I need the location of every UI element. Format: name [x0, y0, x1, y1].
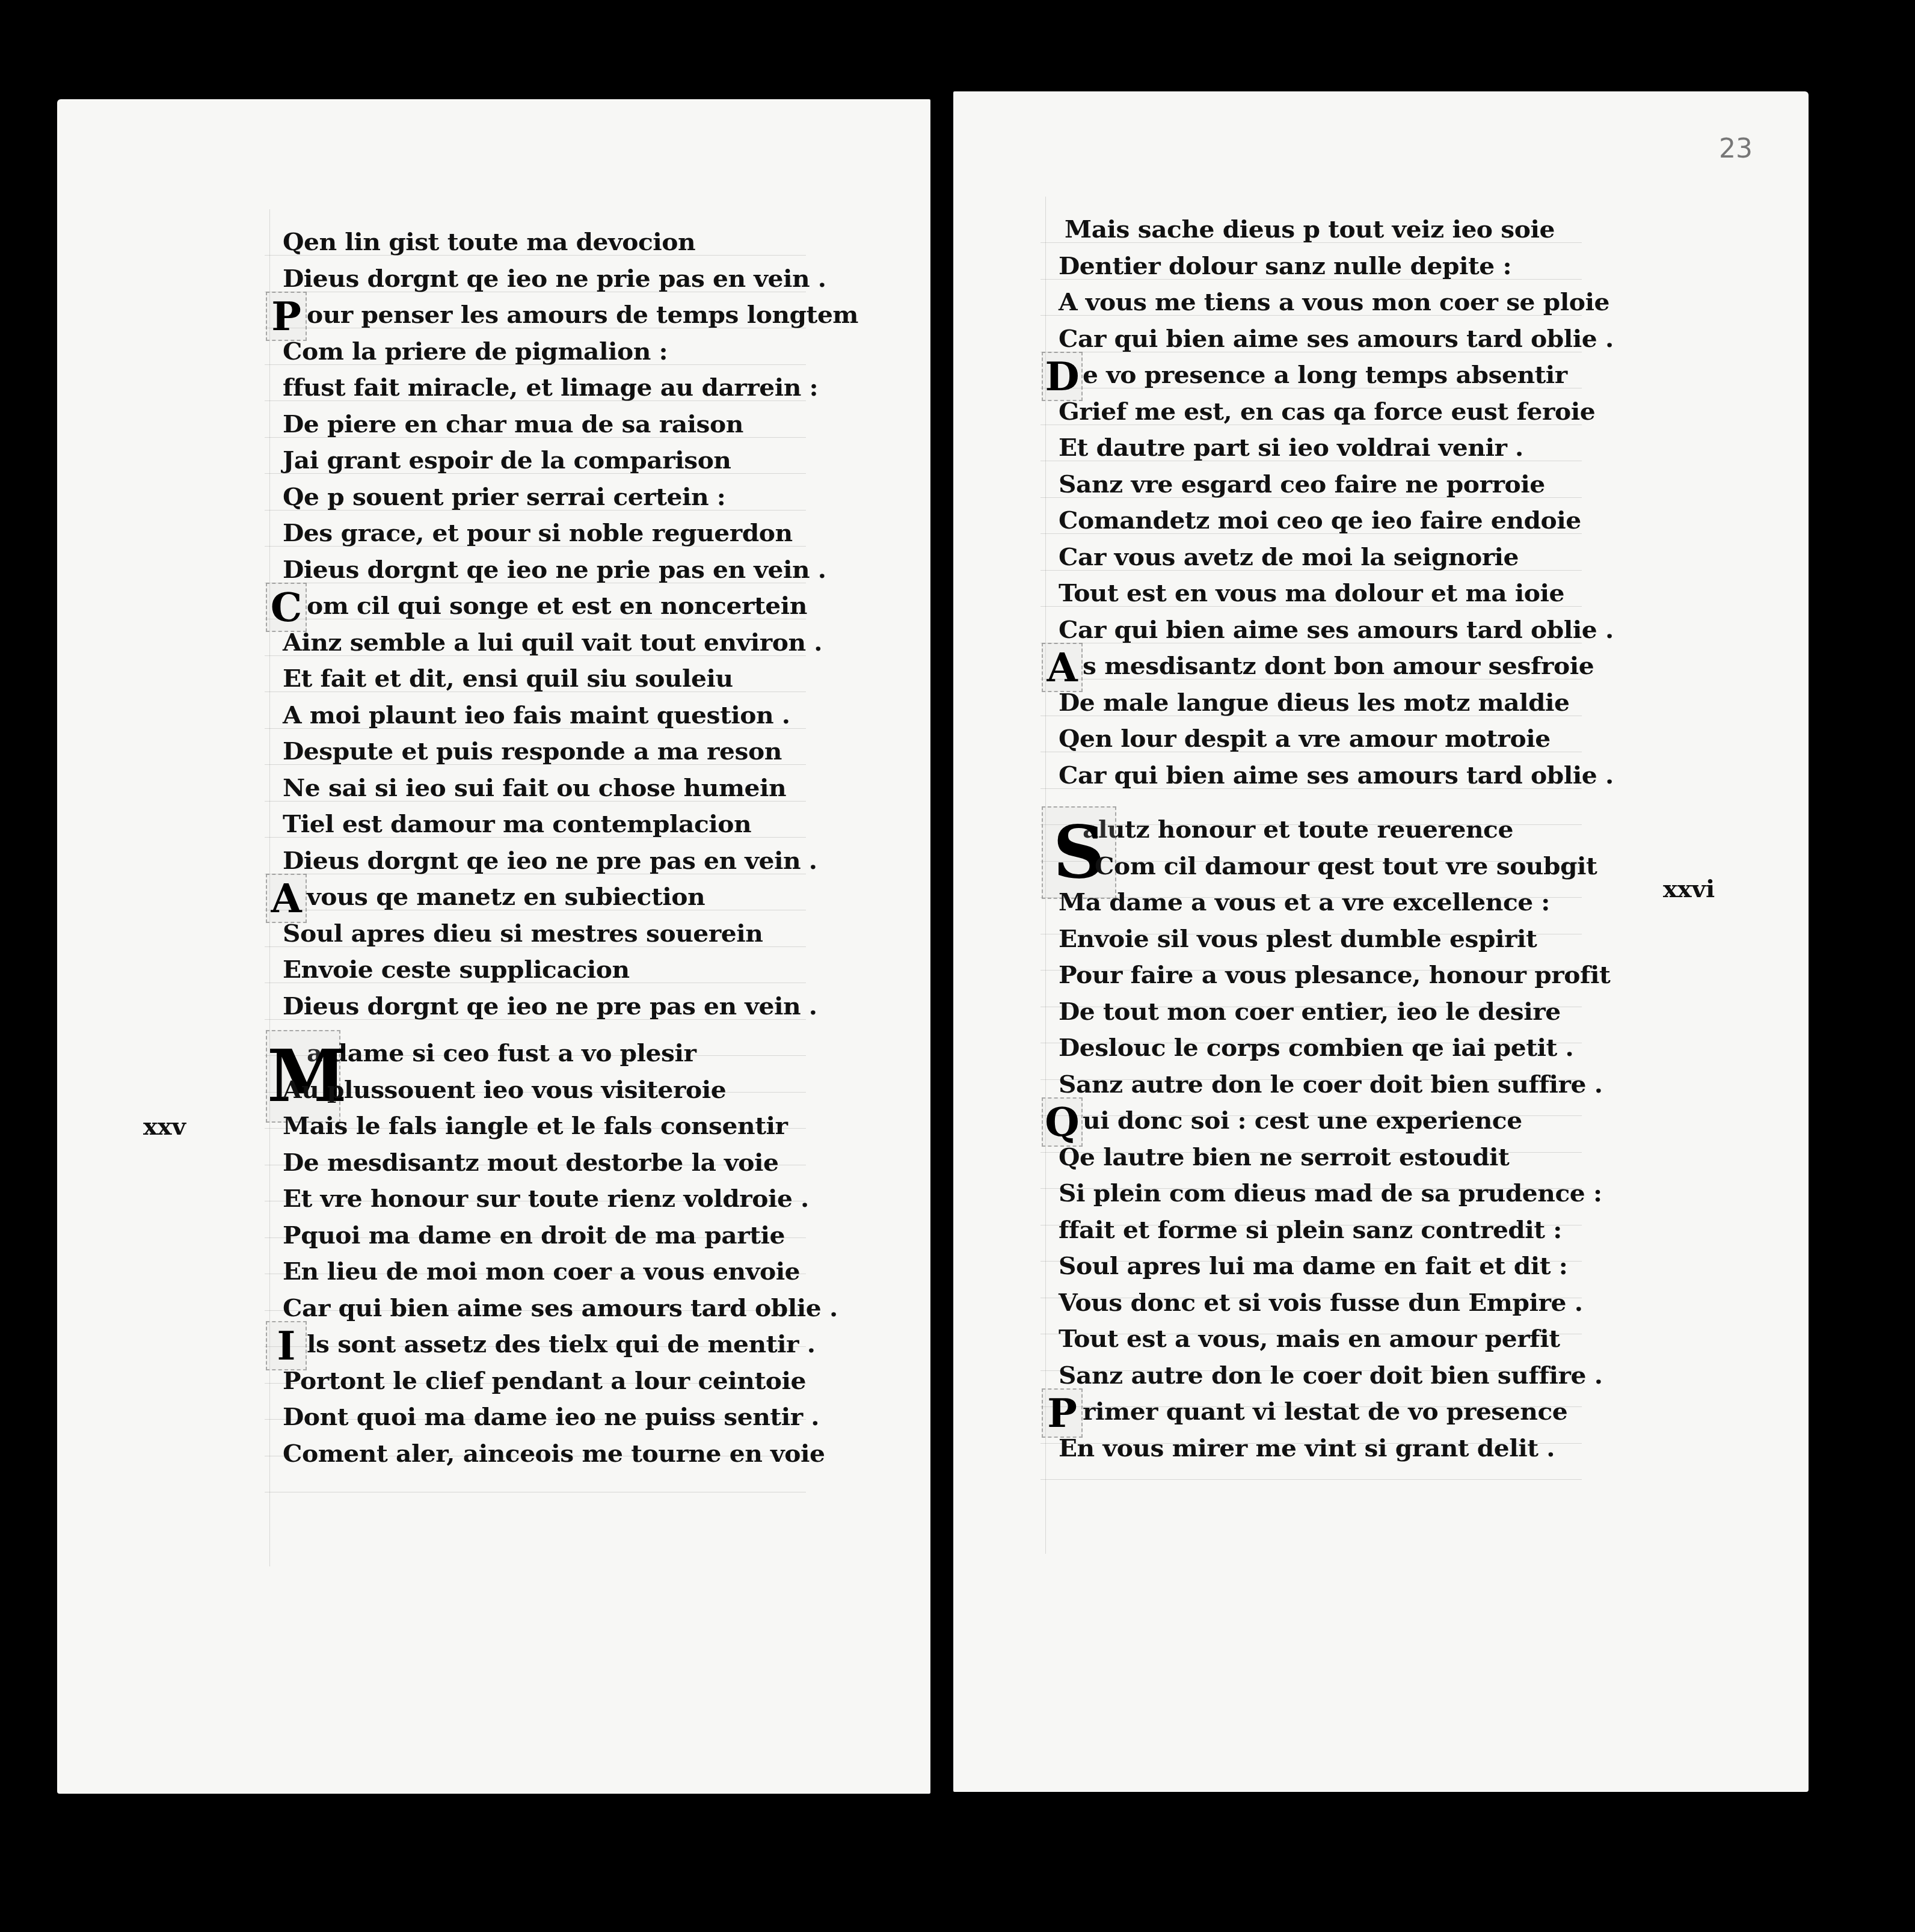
manuscript-line: De mesdisantz mout destorbe la voie — [283, 1148, 778, 1178]
manuscript-line: De piere en char mua de sa raison — [283, 409, 743, 440]
manuscript-line: Pquoi ma dame en droit de ma partie — [283, 1221, 785, 1251]
decorated-initial: P — [1042, 1388, 1083, 1438]
manuscript-line: Qe p souent prier serrai certein : — [283, 482, 725, 512]
manuscript-line: Deslouc le corps combien qe iai petit . — [1059, 1033, 1573, 1063]
manuscript-line: Soul apres dieu si mestres souerein — [283, 919, 763, 949]
manuscript-line: Vous donc et si vois fusse dun Empire . — [1059, 1288, 1582, 1318]
decorated-initial: D — [1042, 352, 1083, 401]
manuscript-line: our penser les amours de temps longtem — [307, 300, 858, 330]
manuscript-line: A vous me tiens a vous mon coer se ploie — [1059, 287, 1609, 317]
manuscript-line: ui donc soi : cest une experience — [1083, 1106, 1522, 1136]
margin-numeral-right: xxvi — [1663, 875, 1715, 903]
manuscript-line: Envoie ceste supplicacion — [283, 955, 630, 985]
manuscript-line: a dame si ceo fust a vo plesir — [307, 1038, 696, 1069]
manuscript-line: ffust fait miracle, et limage au darrein… — [283, 373, 818, 403]
manuscript-line: Qen lin gist toute ma devocion — [283, 227, 695, 257]
manuscript-line: Dieus dorgnt qe ieo ne prie pas en vein … — [283, 555, 826, 585]
manuscript-line: Comandetz moi ceo qe ieo faire endoie — [1059, 506, 1581, 536]
manuscript-line: Pour faire a vous plesance, honour profi… — [1059, 960, 1610, 990]
manuscript-line: Ma dame a vous et a vre excellence : — [1059, 888, 1550, 918]
manuscript-line: Tout est en vous ma dolour et ma ioie — [1059, 578, 1564, 609]
manuscript-line: ls sont assetz des tielx qui de mentir . — [307, 1329, 815, 1360]
manuscript-line: Qe lautre bien ne serroit estoudit — [1059, 1142, 1509, 1173]
margin-numeral-left: xxv — [143, 1112, 186, 1141]
manuscript-line: Grief me est, en cas qa force eust feroi… — [1059, 397, 1595, 427]
manuscript-line: Mais sache dieus p tout veiz ieo soie — [1065, 215, 1555, 245]
manuscript-line: Et fait et dit, ensi quil siu souleiu — [283, 664, 733, 694]
manuscript-line: Car qui bien aime ses amours tard oblie … — [1059, 324, 1614, 354]
manuscript-line: vous qe manetz en subiection — [307, 882, 705, 912]
manuscript-line: Envoie sil vous plest dumble espirit — [1059, 924, 1537, 954]
manuscript-line: Dieus dorgnt qe ieo ne pre pas en vein . — [283, 992, 817, 1022]
ruling-line — [1040, 1479, 1582, 1480]
manuscript-line: Com cil damour qest tout vre soubgit — [1095, 851, 1597, 882]
manuscript-line: Com la priere de pigmalion : — [283, 337, 668, 367]
manuscript-line: Car qui bien aime ses amours tard oblie … — [283, 1293, 838, 1323]
folio-number: 23 — [1719, 133, 1753, 164]
decorated-initial: A — [1042, 643, 1083, 692]
decorated-initial: P — [266, 292, 307, 341]
manuscript-line: Ainz semble a lui quil vait tout environ… — [283, 628, 822, 658]
manuscript-line: A moi plaunt ieo fais maint question . — [283, 701, 790, 731]
manuscript-line: De tout mon coer entier, ieo le desire — [1059, 997, 1561, 1027]
manuscript-line: Tiel est damour ma contemplacion — [283, 809, 751, 839]
manuscript-line: rimer quant vi lestat de vo presence — [1083, 1397, 1567, 1427]
manuscript-line: Despute et puis responde a ma reson — [283, 737, 782, 767]
manuscript-line: Dieus dorgnt qe ieo ne prie pas en vein … — [283, 264, 826, 294]
manuscript-line: En lieu de moi mon coer a vous envoie — [283, 1257, 800, 1287]
manuscript-line: Qen lour despit a vre amour motroie — [1059, 724, 1551, 754]
decorated-initial: A — [266, 874, 307, 923]
manuscript-line: Sanz autre don le coer doit bien suffire… — [1059, 1070, 1602, 1100]
manuscript-line: Et dautre part si ieo voldrai venir . — [1059, 433, 1523, 463]
manuscript-line: Coment aler, ainceois me tourne en voie — [283, 1439, 825, 1469]
manuscript-line: Ne sai si ieo sui fait ou chose humein — [283, 773, 786, 803]
manuscript-line: Sanz autre don le coer doit bien suffire… — [1059, 1361, 1602, 1391]
manuscript-line: Car vous avetz de moi la seignorie — [1059, 542, 1519, 572]
manuscript-line: De male langue dieus les motz maldie — [1059, 688, 1570, 718]
manuscript-line: Tout est a vous, mais en amour perfit — [1059, 1324, 1560, 1354]
manuscript-line: Sanz vre esgard ceo faire ne porroie — [1059, 470, 1545, 500]
manuscript-line: Au plussouent ieo vous visiteroie — [283, 1075, 726, 1105]
decorated-initial: I — [266, 1321, 307, 1370]
manuscript-line: Mais le fals iangle et le fals consentir — [283, 1111, 787, 1141]
manuscript-line: Dont quoi ma dame ieo ne puiss sentir . — [283, 1402, 819, 1432]
manuscript-line: Des grace, et pour si noble reguerdon — [283, 518, 793, 548]
manuscript-line: Portont le clief pendant a lour ceintoie — [283, 1366, 806, 1396]
ruling-line — [265, 1492, 806, 1492]
decorated-initial: Q — [1042, 1097, 1083, 1147]
manuscript-line: s mesdisantz dont bon amour sesfroie — [1083, 651, 1594, 681]
manuscript-line: Soul apres lui ma dame en fait et dit : — [1059, 1251, 1567, 1281]
manuscript-line: Car qui bien aime ses amours tard oblie … — [1059, 615, 1614, 645]
manuscript-line: Dieus dorgnt qe ieo ne pre pas en vein . — [283, 846, 817, 876]
manuscript-line: Si plein com dieus mad de sa prudence : — [1059, 1179, 1602, 1209]
manuscript-line: Car qui bien aime ses amours tard oblie … — [1059, 761, 1614, 791]
manuscript-line: e vo presence a long temps absentir — [1083, 360, 1567, 390]
manuscript-line: om cil qui songe et est en noncertein — [307, 591, 807, 621]
manuscript-line: Dentier dolour sanz nulle depite : — [1059, 251, 1511, 281]
manuscript-line: ffait et forme si plein sanz contredit : — [1059, 1215, 1562, 1245]
manuscript-line: En vous mirer me vint si grant delit . — [1059, 1434, 1555, 1464]
manuscript-line: Et vre honour sur toute rienz voldroie . — [283, 1184, 809, 1214]
decorated-initial: C — [266, 583, 307, 632]
manuscript-line: alutz honour et toute reuerence — [1083, 815, 1513, 845]
manuscript-line: Jai grant espoir de la comparison — [283, 446, 731, 476]
